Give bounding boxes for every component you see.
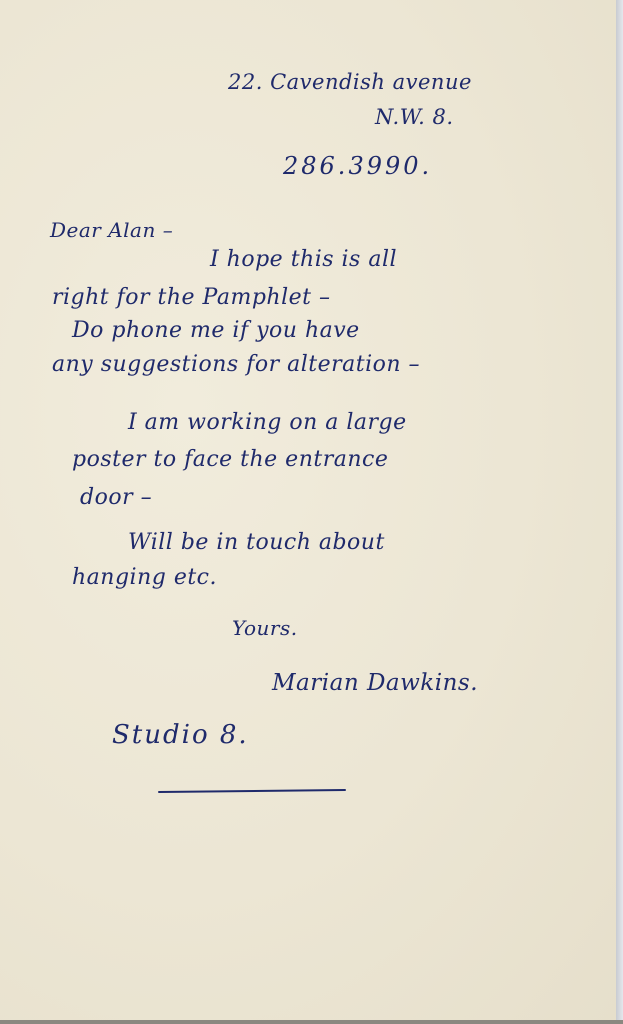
signature: Marian Dawkins. (272, 670, 478, 696)
body-line: hanging etc. (72, 565, 217, 590)
postscript-studio: Studio 8. (112, 720, 249, 750)
body-line: I am working on a large (128, 410, 407, 435)
underline-rule (158, 789, 346, 793)
address-line-1: 22. Cavendish avenue (228, 70, 472, 94)
salutation: Dear Alan – (50, 218, 173, 242)
body-line: any suggestions for alteration – (52, 352, 420, 377)
letter-paper: 22. Cavendish avenue N.W. 8. 286.3990. D… (0, 0, 616, 1020)
paper-edge-bottom (0, 1020, 623, 1024)
paper-edge-right (616, 0, 623, 1024)
body-line: right for the Pamphlet – (52, 285, 331, 310)
address-line-2: N.W. 8. (375, 105, 454, 129)
body-line: Do phone me if you have (72, 318, 360, 343)
body-line: door – (80, 485, 152, 510)
body-line: I hope this is all (210, 247, 397, 272)
body-line: poster to face the entrance (72, 447, 388, 472)
body-line: Will be in touch about (128, 530, 385, 555)
phone-number: 286.3990. (283, 152, 432, 180)
closing: Yours. (232, 616, 298, 640)
